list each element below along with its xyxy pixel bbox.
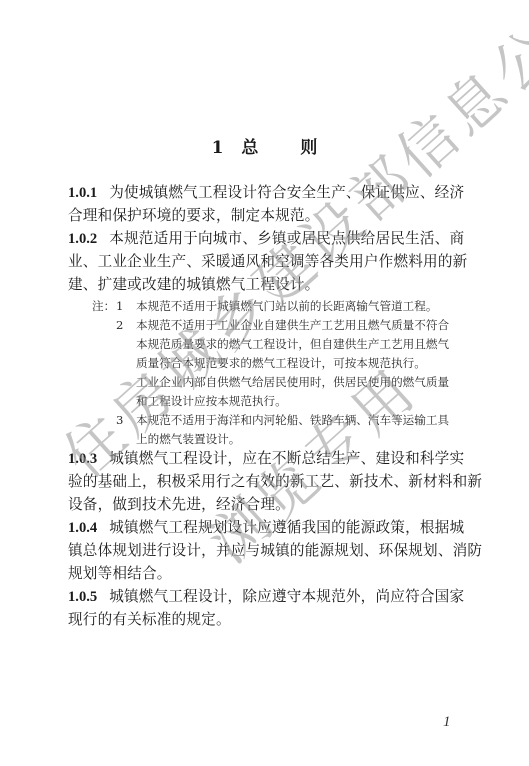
page-number: 1 (443, 714, 451, 731)
clause-number: 1.0.2 (68, 231, 97, 247)
clause-1-0-2: 1.0.2本规范适用于向城市、乡镇或居民点供给居民生活、商 业、工业企业生产、采… (68, 227, 468, 296)
note-text: 质量符合本规范要求的燃气工程设计，可按本规范执行。 (92, 354, 492, 373)
clause-text: 城镇燃气工程设计，除应遵守本规范外，尚应符合国家 (109, 588, 464, 605)
clause-text: 建、扩建或改建的城镇燃气工程设计。 (68, 273, 468, 296)
clause-text: 本规范适用于向城市、乡镇或居民点供给居民生活、商 (109, 230, 464, 247)
chapter-title-char-1: 总 (241, 138, 258, 158)
notes-label: 注： (92, 297, 116, 316)
note-text: 本规范不适用于城镇燃气门站以前的长距离输气管道工程。 (136, 299, 437, 313)
clause-number: 1.0.5 (68, 589, 97, 605)
clause-text: 现行的有关标准的规定。 (68, 608, 468, 631)
clause-number: 1.0.1 (68, 185, 97, 201)
note-text: 本规范质量要求的燃气工程设计，但自建供生产工艺用且燃气 (92, 335, 492, 354)
note-text: 和工程设计应按本规范执行。 (92, 392, 492, 411)
clause-text: 为使城镇燃气工程设计符合安全生产、保证供应、经济 (109, 184, 464, 201)
clause-1-0-5: 1.0.5城镇燃气工程设计，除应遵守本规范外，尚应符合国家 现行的有关标准的规定… (68, 585, 468, 631)
notes-block: 注：1本规范不适用于城镇燃气门站以前的长距离输气管道工程。 2本规范不适用于工业… (92, 297, 492, 449)
clause-text: 城镇燃气工程规划设计应遵循我国的能源政策，根据城 (109, 519, 464, 536)
document-page: 1总则 1.0.1为使城镇燃气工程设计符合安全生产、保证供应、经济 合理和保护环… (0, 0, 529, 766)
clause-1-0-3: 1.0.3城镇燃气工程设计，应在不断总结生产、建设和科学实 验的基础上，积极采用… (68, 447, 468, 516)
clause-text: 设备，做到技术先进，经济合理。 (68, 493, 468, 516)
clause-text: 合理和保护环境的要求，制定本规范。 (68, 204, 468, 227)
note-number: 3 (116, 411, 136, 430)
clause-text: 验的基础上，积极采用行之有效的新工艺、新技术、新材料和新 (68, 470, 468, 493)
note-text: 本规范不适用于海洋和内河轮船、铁路车辆、汽车等运输工具 (136, 413, 449, 427)
note-text: 工业企业内部自供燃气给居民使用时，供居民使用的燃气质量 (92, 373, 492, 392)
clause-text: 业、工业企业生产、采暖通风和空调等各类用户作燃料用的新 (68, 250, 468, 273)
chapter-title: 1总则 (0, 133, 529, 158)
clause-number: 1.0.4 (68, 520, 97, 536)
note-number: 2 (116, 316, 136, 335)
clause-text: 规划等相结合。 (68, 562, 468, 585)
note-number: 1 (116, 297, 136, 316)
clause-1-0-1: 1.0.1为使城镇燃气工程设计符合安全生产、保证供应、经济 合理和保护环境的要求… (68, 181, 468, 227)
clause-number: 1.0.3 (68, 451, 97, 467)
clause-text: 镇总体规划进行设计，并应与城镇的能源规划、环保规划、消防 (68, 539, 468, 562)
clause-text: 城镇燃气工程设计，应在不断总结生产、建设和科学实 (109, 450, 464, 467)
chapter-title-char-2: 则 (300, 138, 317, 158)
clause-1-0-4: 1.0.4城镇燃气工程规划设计应遵循我国的能源政策，根据城 镇总体规划进行设计，… (68, 516, 468, 585)
note-text: 本规范不适用于工业企业自建供生产工艺用且燃气质量不符合 (136, 318, 449, 332)
chapter-number: 1 (212, 138, 224, 158)
